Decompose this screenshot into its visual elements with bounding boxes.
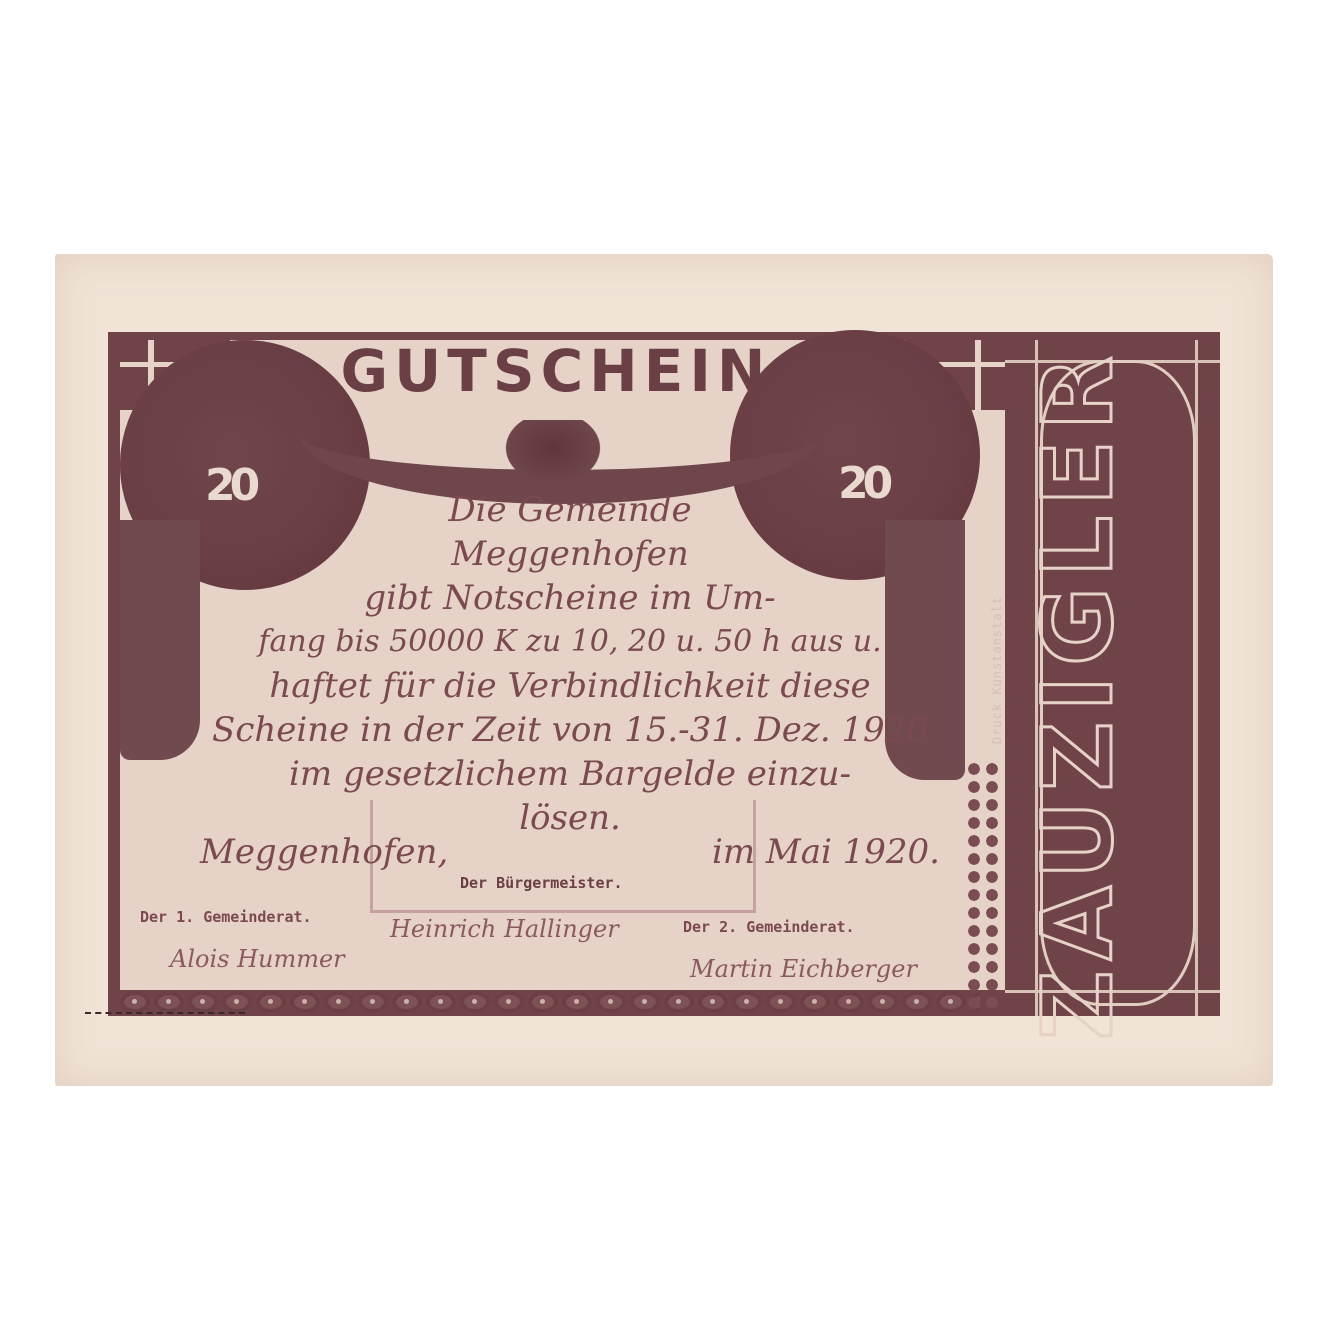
frame-left-border [108,332,120,1016]
signature-mayor: Heinrich Hallinger [390,915,619,943]
bead [732,991,762,1013]
date: im Mai 1920. [712,832,940,872]
signature-right: Martin Eichberger [690,955,917,983]
bead [324,991,354,1013]
text-line: Meggenhofen [180,532,960,576]
text-line: gibt Notscheine im Um- [180,576,960,620]
bead [664,991,694,1013]
text-line: Die Gemeinde [180,488,960,532]
text-line: haftet für die Verbindlichkeit diese [180,664,960,708]
bead [528,991,558,1013]
bead [494,991,524,1013]
mayor-label: Der Bürgermeister. [460,874,623,892]
bead [256,991,286,1013]
bow-ornament-icon [498,420,608,490]
bead [596,991,626,1013]
note-title: GUTSCHEIN [336,340,776,402]
council-left-label: Der 1. Gemeinderat. [140,908,312,926]
bead [290,991,320,1013]
place: Meggenhofen, [200,832,448,872]
bead [800,991,830,1013]
perforation-line [85,1012,245,1014]
bead [222,991,252,1013]
bead [630,991,660,1013]
bead [392,991,422,1013]
bead [766,991,796,1013]
bead [426,991,456,1013]
place-date-line: Meggenhofen, im Mai 1920. [200,832,940,872]
signature-left: Alois Hummer [170,945,345,973]
bead [188,991,218,1013]
bead [460,991,490,1013]
bead [154,991,184,1013]
bead [868,991,898,1013]
council-right-label: Der 2. Gemeinderat. [683,918,855,936]
side-brand-text: ZAUZIGLER [1018,400,1138,1040]
bead [834,991,864,1013]
text-line: im gesetzlichem Bargelde einzu- [180,752,960,796]
bead-border [120,990,980,1014]
bead [698,991,728,1013]
bead [562,991,592,1013]
note-text: Die Gemeinde Meggenhofen gibt Notscheine… [180,488,960,840]
bead [902,991,932,1013]
bead [936,991,966,1013]
text-line: Scheine in der Zeit von 15.-31. Dez. 192… [180,708,960,752]
side-small-text: Druck Kunstanstalt [990,390,1010,950]
text-line: fang bis 50000 K zu 10, 20 u. 50 h aus u… [180,620,960,664]
bead [358,991,388,1013]
bead [120,991,150,1013]
